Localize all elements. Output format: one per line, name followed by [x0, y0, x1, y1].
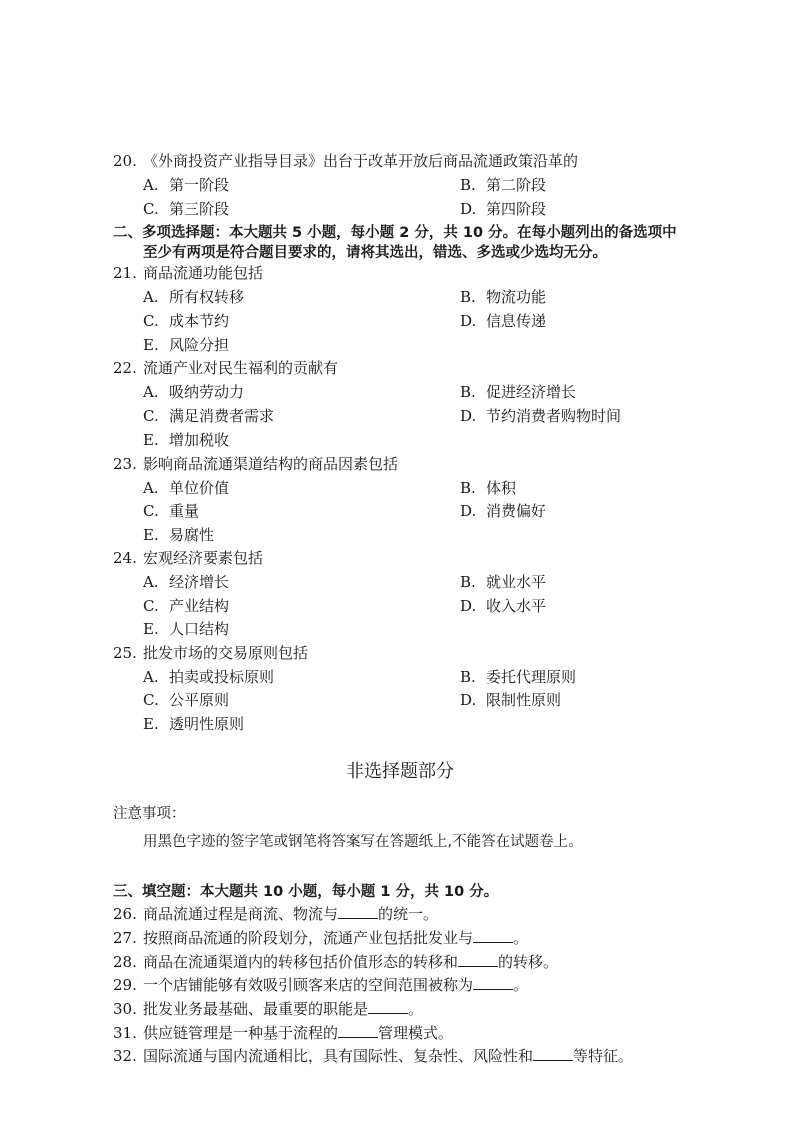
- option-c: C.满足消费者需求: [143, 406, 274, 426]
- question-text-after: 。: [408, 1000, 423, 1018]
- option-text: 产业结构: [169, 597, 229, 615]
- answer-blank: [338, 1023, 378, 1038]
- option-b: B.促进经济增长: [460, 382, 576, 402]
- question-26: 26.商品流通过程是商流、物流与的统一。: [113, 904, 438, 924]
- question-text: 影响商品流通渠道结构的商品因素包括: [143, 455, 398, 473]
- question-text: 批发市场的交易原则包括: [143, 644, 308, 662]
- option-label: E.: [143, 714, 169, 734]
- option-label: E.: [143, 525, 169, 545]
- option-text: 透明性原则: [169, 715, 244, 733]
- option-text: 拍卖或投标原则: [169, 668, 274, 686]
- option-a: A.第一阶段: [143, 175, 229, 195]
- option-text: 所有权转移: [169, 288, 244, 306]
- option-label: E.: [143, 335, 169, 355]
- option-c: C.第三阶段: [143, 199, 229, 219]
- question-30: 30.批发业务最基础、最重要的职能是。: [113, 999, 423, 1019]
- option-label: C.: [143, 199, 169, 219]
- question-24: 24.宏观经济要素包括: [113, 548, 263, 568]
- answer-blank: [473, 928, 513, 943]
- option-text: 重量: [169, 502, 199, 520]
- option-text: 就业水平: [486, 573, 546, 591]
- question-text-before: 商品流通过程是商流、物流与: [143, 905, 338, 923]
- option-a: A.经济增长: [143, 572, 229, 592]
- question-number: 28.: [113, 952, 143, 972]
- question-21: 21.商品流通功能包括: [113, 263, 263, 283]
- option-label: B.: [460, 287, 486, 307]
- option-label: D.: [460, 690, 486, 710]
- option-b: B.物流功能: [460, 287, 546, 307]
- question-text-after: 的统一。: [378, 905, 438, 923]
- option-label: A.: [143, 478, 169, 498]
- option-label: A.: [143, 175, 169, 195]
- option-label: D.: [460, 311, 486, 331]
- option-e: E.易腐性: [143, 525, 214, 545]
- option-label: B.: [460, 175, 486, 195]
- option-label: C.: [143, 501, 169, 521]
- question-number: 31.: [113, 1023, 143, 1043]
- option-text: 满足消费者需求: [169, 407, 274, 425]
- question-number: 32.: [113, 1046, 143, 1066]
- option-text: 增加税收: [169, 431, 229, 449]
- option-text: 收入水平: [486, 597, 546, 615]
- question-text: 宏观经济要素包括: [143, 549, 263, 567]
- question-text: 《外商投资产业指导目录》出台于改革开放后商品流通政策沿革的: [143, 152, 578, 170]
- notice-heading: 注意事项：: [113, 804, 186, 824]
- option-text: 经济增长: [169, 573, 229, 591]
- question-number: 22.: [113, 358, 143, 378]
- question-31: 31.供应链管理是一种基于流程的管理模式。: [113, 1023, 453, 1043]
- question-number: 21.: [113, 263, 143, 283]
- option-text: 委托代理原则: [486, 668, 576, 686]
- option-text: 物流功能: [486, 288, 546, 306]
- part-title: 非选择题部分: [0, 762, 800, 782]
- option-e: E.人口结构: [143, 619, 229, 639]
- question-text-after: 。: [513, 929, 528, 947]
- question-32: 32.国际流通与国内流通相比，具有国际性、复杂性、风险性和等特征。: [113, 1046, 633, 1066]
- option-label: D.: [460, 596, 486, 616]
- option-b: B.体积: [460, 478, 516, 498]
- question-28: 28.商品在流通渠道内的转移包括价值形态的转移和的转移。: [113, 952, 558, 972]
- option-b: B.就业水平: [460, 572, 546, 592]
- answer-blank: [473, 975, 513, 990]
- option-text: 单位价值: [169, 479, 229, 497]
- question-22: 22.流通产业对民生福利的贡献有: [113, 358, 338, 378]
- question-number: 23.: [113, 454, 143, 474]
- option-b: B.第二阶段: [460, 175, 546, 195]
- section-2-heading-cont: 至少有两项是符合题目要求的，请将其选出，错选、多选或少选均无分。: [143, 243, 607, 263]
- question-text-before: 批发业务最基础、最重要的职能是: [143, 1000, 368, 1018]
- option-label: B.: [460, 667, 486, 687]
- option-e: E.风险分担: [143, 335, 229, 355]
- question-number: 25.: [113, 643, 143, 663]
- option-d: D.限制性原则: [460, 690, 561, 710]
- option-text: 成本节约: [169, 312, 229, 330]
- option-c: C.公平原则: [143, 690, 229, 710]
- question-text-after: 。: [513, 976, 528, 994]
- question-text-after: 管理模式。: [378, 1024, 453, 1042]
- option-label: A.: [143, 382, 169, 402]
- option-e: E.透明性原则: [143, 714, 244, 734]
- option-text: 风险分担: [169, 336, 229, 354]
- option-label: B.: [460, 382, 486, 402]
- option-text: 易腐性: [169, 526, 214, 544]
- question-text-before: 一个店铺能够有效吸引顾客来店的空间范围被称为: [143, 976, 473, 994]
- question-text-before: 商品在流通渠道内的转移包括价值形态的转移和: [143, 953, 458, 971]
- answer-blank: [368, 999, 408, 1014]
- option-text: 第二阶段: [486, 176, 546, 194]
- option-text: 公平原则: [169, 691, 229, 709]
- option-text: 人口结构: [169, 620, 229, 638]
- question-text-before: 国际流通与国内流通相比，具有国际性、复杂性、风险性和: [143, 1047, 533, 1065]
- option-label: A.: [143, 572, 169, 592]
- question-text: 流通产业对民生福利的贡献有: [143, 359, 338, 377]
- question-text-after: 的转移。: [498, 953, 558, 971]
- option-text: 体积: [486, 479, 516, 497]
- option-label: C.: [143, 690, 169, 710]
- answer-blank: [458, 952, 498, 967]
- option-text: 限制性原则: [486, 691, 561, 709]
- option-text: 第一阶段: [169, 176, 229, 194]
- option-label: A.: [143, 667, 169, 687]
- question-25: 25.批发市场的交易原则包括: [113, 643, 308, 663]
- option-d: D.第四阶段: [460, 199, 546, 219]
- question-text-after: 等特征。: [573, 1047, 633, 1065]
- option-d: D.收入水平: [460, 596, 546, 616]
- option-b: B.委托代理原则: [460, 667, 576, 687]
- option-label: D.: [460, 501, 486, 521]
- answer-blank: [338, 904, 378, 919]
- question-number: 20.: [113, 151, 143, 171]
- option-c: C.重量: [143, 501, 199, 521]
- option-text: 促进经济增长: [486, 383, 576, 401]
- option-label: C.: [143, 311, 169, 331]
- question-number: 26.: [113, 904, 143, 924]
- question-23: 23.影响商品流通渠道结构的商品因素包括: [113, 454, 398, 474]
- question-number: 30.: [113, 999, 143, 1019]
- question-text-before: 供应链管理是一种基于流程的: [143, 1024, 338, 1042]
- option-label: B.: [460, 572, 486, 592]
- option-c: C.产业结构: [143, 596, 229, 616]
- question-number: 29.: [113, 975, 143, 995]
- exam-page: 20.《外商投资产业指导目录》出台于改革开放后商品流通政策沿革的 A.第一阶段 …: [0, 0, 800, 1136]
- option-a: A.单位价值: [143, 478, 229, 498]
- option-label: E.: [143, 619, 169, 639]
- option-text: 节约消费者购物时间: [486, 407, 621, 425]
- option-e: E.增加税收: [143, 430, 229, 450]
- option-text: 吸纳劳动力: [169, 383, 244, 401]
- question-27: 27.按照商品流通的阶段划分，流通产业包括批发业与。: [113, 928, 528, 948]
- option-text: 第四阶段: [486, 200, 546, 218]
- option-a: A.拍卖或投标原则: [143, 667, 274, 687]
- option-d: D.消费偏好: [460, 501, 546, 521]
- option-text: 消费偏好: [486, 502, 546, 520]
- question-number: 24.: [113, 548, 143, 568]
- option-text: 信息传递: [486, 312, 546, 330]
- option-label: E.: [143, 430, 169, 450]
- option-label: D.: [460, 199, 486, 219]
- section-3-heading: 三、填空题：本大题共 10 小题，每小题 1 分，共 10 分。: [113, 882, 498, 902]
- section-2-heading: 二、多项选择题：本大题共 5 小题，每小题 2 分，共 10 分。在每小题列出的…: [113, 223, 677, 243]
- option-d: D.信息传递: [460, 311, 546, 331]
- question-29: 29.一个店铺能够有效吸引顾客来店的空间范围被称为。: [113, 975, 528, 995]
- option-a: A.所有权转移: [143, 287, 244, 307]
- option-label: D.: [460, 406, 486, 426]
- option-label: C.: [143, 406, 169, 426]
- question-20: 20.《外商投资产业指导目录》出台于改革开放后商品流通政策沿革的: [113, 151, 578, 171]
- question-text: 商品流通功能包括: [143, 264, 263, 282]
- answer-blank: [533, 1046, 573, 1061]
- option-a: A.吸纳劳动力: [143, 382, 244, 402]
- option-label: B.: [460, 478, 486, 498]
- option-label: C.: [143, 596, 169, 616]
- notice-text: 用黑色字迹的签字笔或钢笔将答案写在答题纸上,不能答在试题卷上。: [143, 832, 583, 852]
- question-number: 27.: [113, 928, 143, 948]
- option-text: 第三阶段: [169, 200, 229, 218]
- option-d: D.节约消费者购物时间: [460, 406, 621, 426]
- option-c: C.成本节约: [143, 311, 229, 331]
- option-label: A.: [143, 287, 169, 307]
- question-text-before: 按照商品流通的阶段划分，流通产业包括批发业与: [143, 929, 473, 947]
